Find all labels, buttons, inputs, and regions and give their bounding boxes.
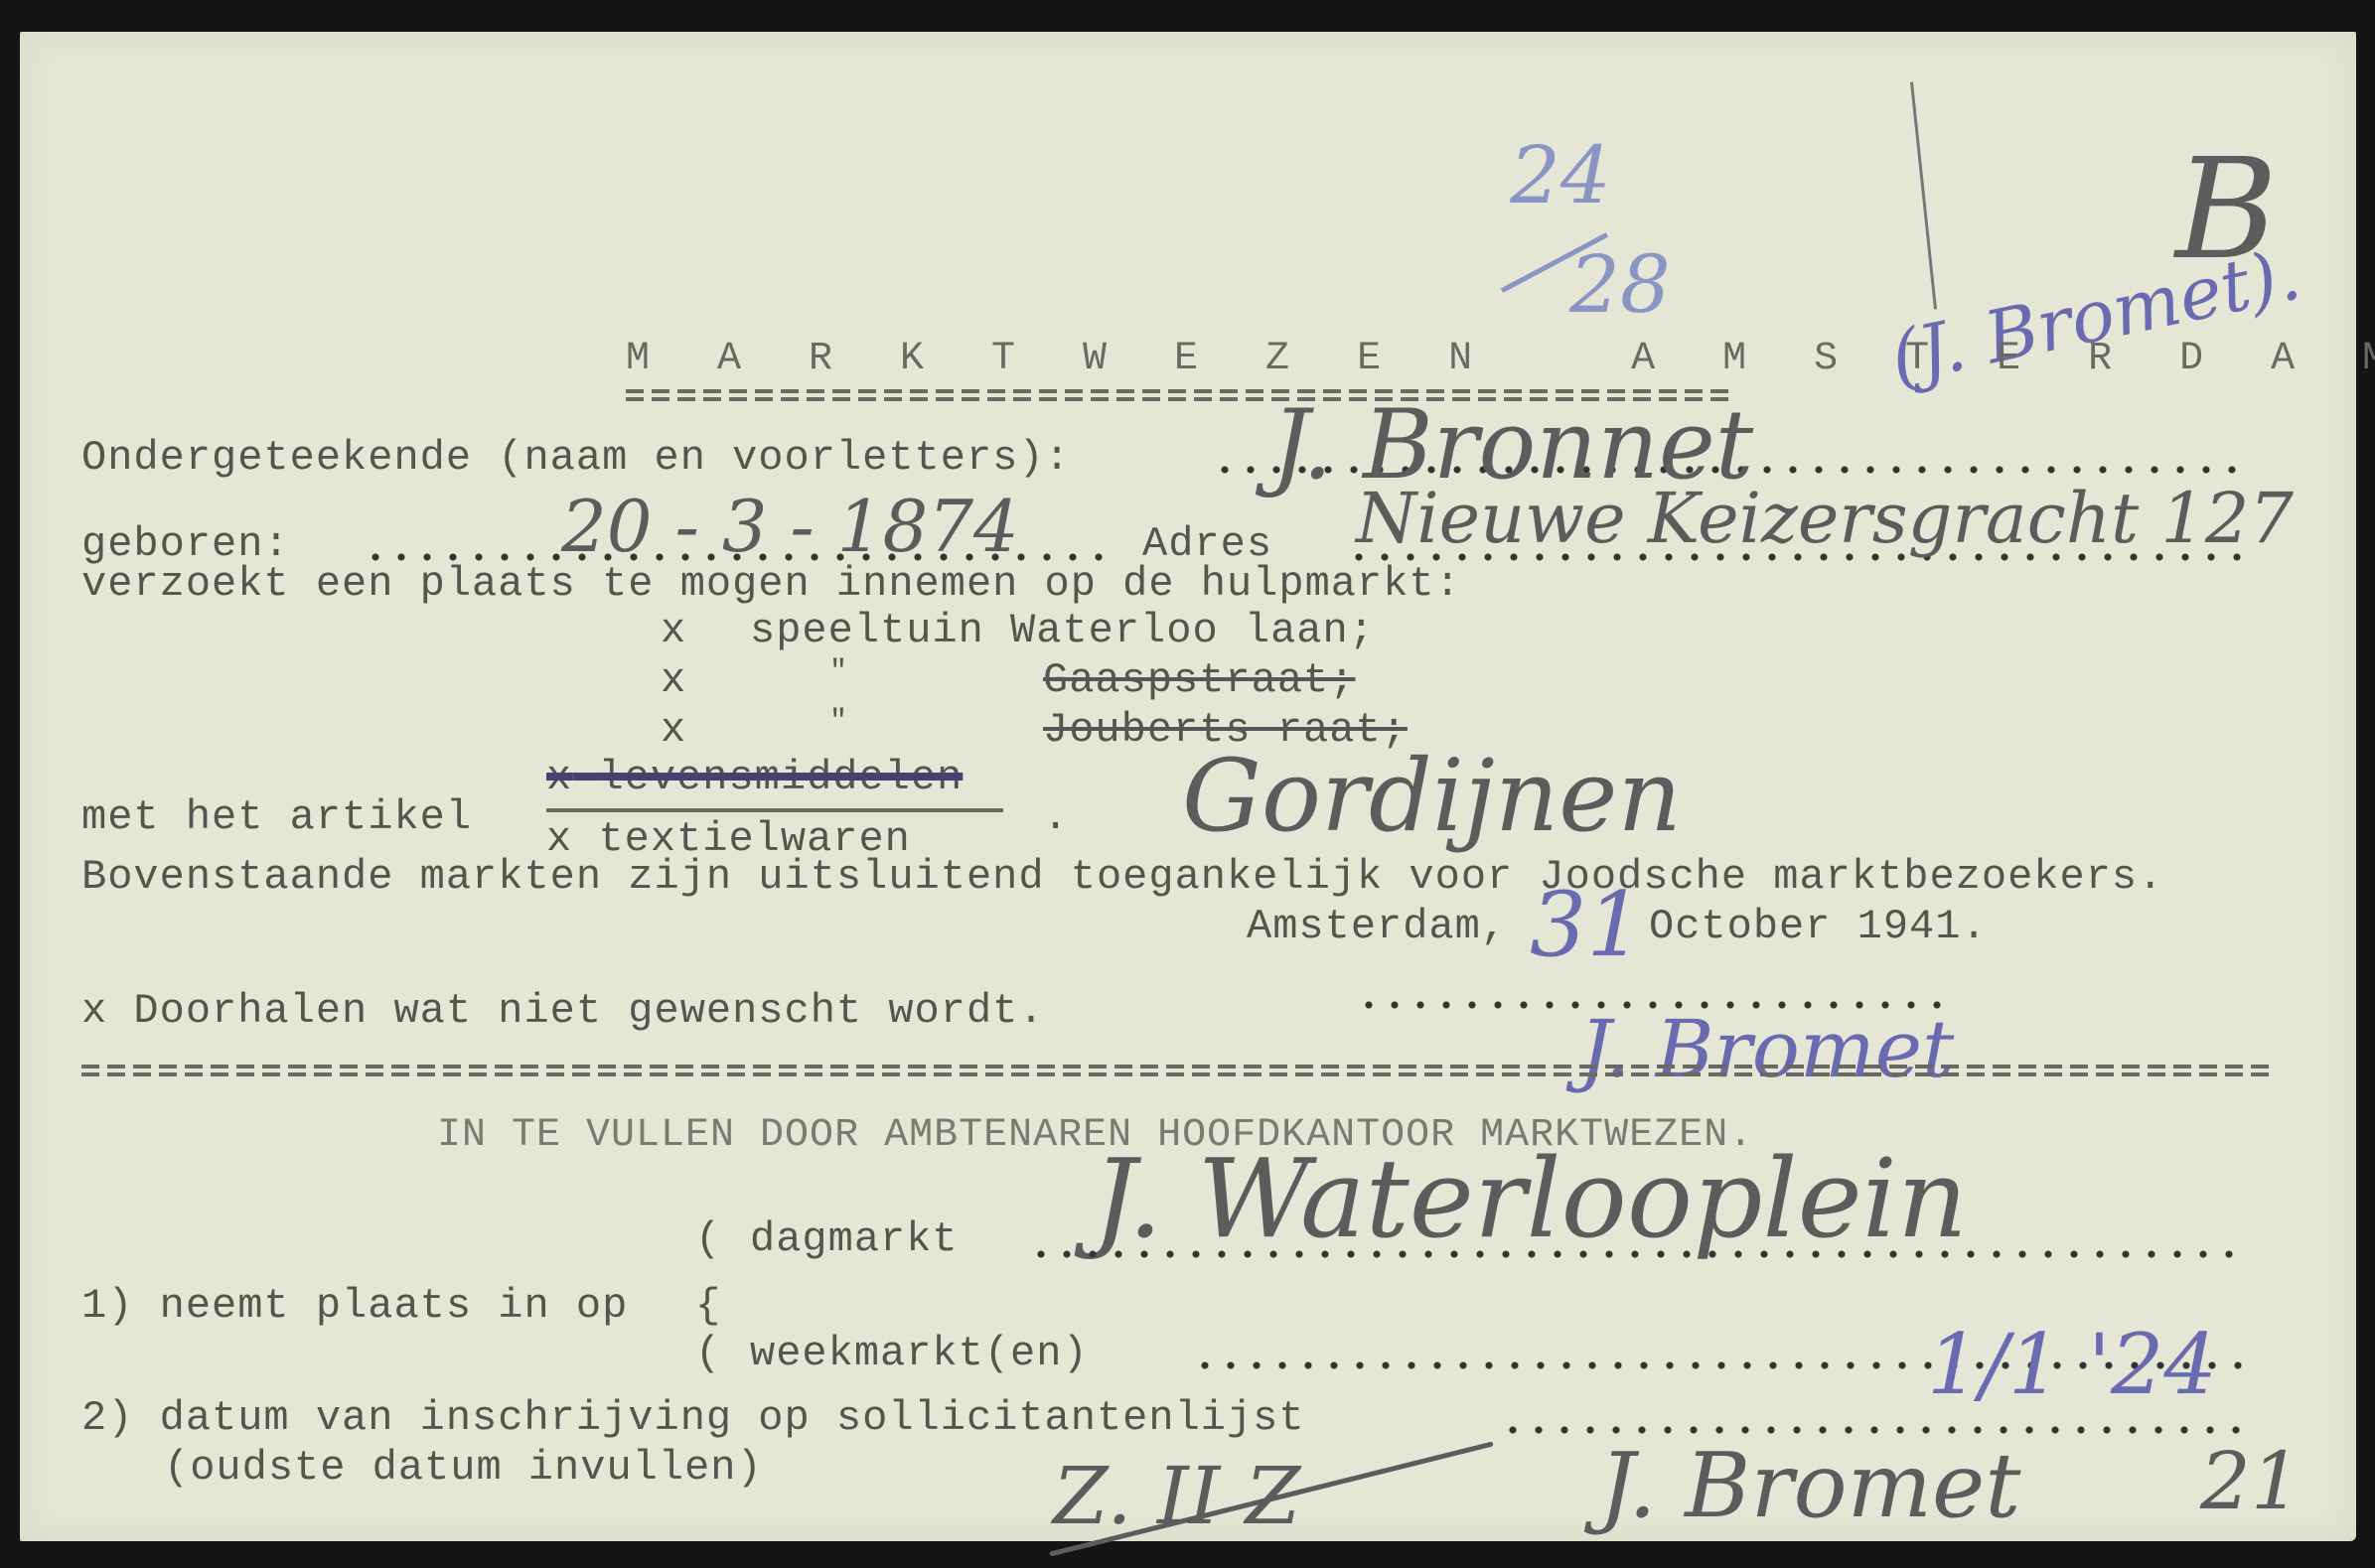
hw-fraction-bottom: 28 xyxy=(1569,245,1671,325)
born-label: geboren: xyxy=(81,523,290,565)
item2-note: (oudste datum invullen) xyxy=(164,1447,763,1489)
brace-bottom: ( xyxy=(695,1333,720,1374)
article-fraction: x levensmiddelen x textielwaren xyxy=(546,757,1003,860)
hw-fraction-top: 24 xyxy=(1510,136,1611,215)
document-paper: 24 28 B (J. Bromet). M A R K T W E Z E N… xyxy=(20,32,2356,1541)
market-option-marker: x xyxy=(661,610,686,651)
request-text: verzoekt een plaats te mogen innemen op … xyxy=(81,563,1461,605)
market-option-speeltuin: speeltuin Waterloo laan; xyxy=(750,610,1375,651)
hw-birth-date: 20 - 3 - 1874 xyxy=(561,491,1019,562)
dagmarkt-dotted-line xyxy=(1028,1249,2250,1259)
place-date-prefix: Amsterdam, xyxy=(1247,906,1507,947)
hw-article: Gordijnen xyxy=(1182,747,1682,846)
article-marker: x xyxy=(546,754,572,801)
hw-address: Nieuwe Keizersgracht 127 xyxy=(1356,484,2294,553)
market-option-gaasp: Gaaspstraat; xyxy=(1043,659,1355,701)
place-date-suffix: October 1941. xyxy=(1649,906,1988,947)
item1-label: 1) neemt plaats in op xyxy=(81,1285,628,1327)
hw-signature: J. Bromet xyxy=(1579,1010,1954,1089)
strike-note: x Doorhalen wat niet gewenscht wordt. xyxy=(81,990,1045,1032)
hw-weekmarkt: 1/1 '24 xyxy=(1927,1323,2217,1406)
article-label: met het artikel xyxy=(81,796,472,838)
hw-day: 31 xyxy=(1530,881,1644,970)
article-option-label: levensmiddelen xyxy=(598,754,963,801)
notice-text: Bovenstaande markten zijn uitsluitend to… xyxy=(81,856,2163,898)
name-label: Ondergeteekende (naam en voorletters): xyxy=(81,437,1071,479)
document-title: M A R K T W E Z E N A M S T E R D A M. xyxy=(626,340,2375,379)
hw-bottom-number: 21 xyxy=(2200,1442,2301,1521)
hw-pencil-stroke xyxy=(1910,81,1937,309)
brace-top: ( xyxy=(695,1218,720,1260)
brace-middle: { xyxy=(695,1285,720,1327)
ditto-mark: " xyxy=(829,707,848,737)
market-option-marker: x xyxy=(661,659,686,701)
market-option-marker: x xyxy=(661,709,686,751)
ditto-mark: " xyxy=(829,657,848,687)
fraction-line xyxy=(546,808,1003,812)
article-option-levensmiddelen: x levensmiddelen xyxy=(546,757,1003,802)
section-double-rule xyxy=(81,1065,2277,1076)
item2-label: 2) datum van inschrijving op sollicitant… xyxy=(81,1397,1305,1439)
hw-dagmarkt: J. Waterlooplein xyxy=(1093,1144,1968,1253)
weekmarkt-label: weekmarkt(en) xyxy=(750,1333,1089,1374)
address-label: Adres xyxy=(1142,523,1272,565)
hw-bottom-signature: J. Bromet xyxy=(1599,1442,2020,1531)
dagmarkt-label: dagmarkt xyxy=(750,1218,959,1260)
article-period: . xyxy=(1043,796,1069,838)
